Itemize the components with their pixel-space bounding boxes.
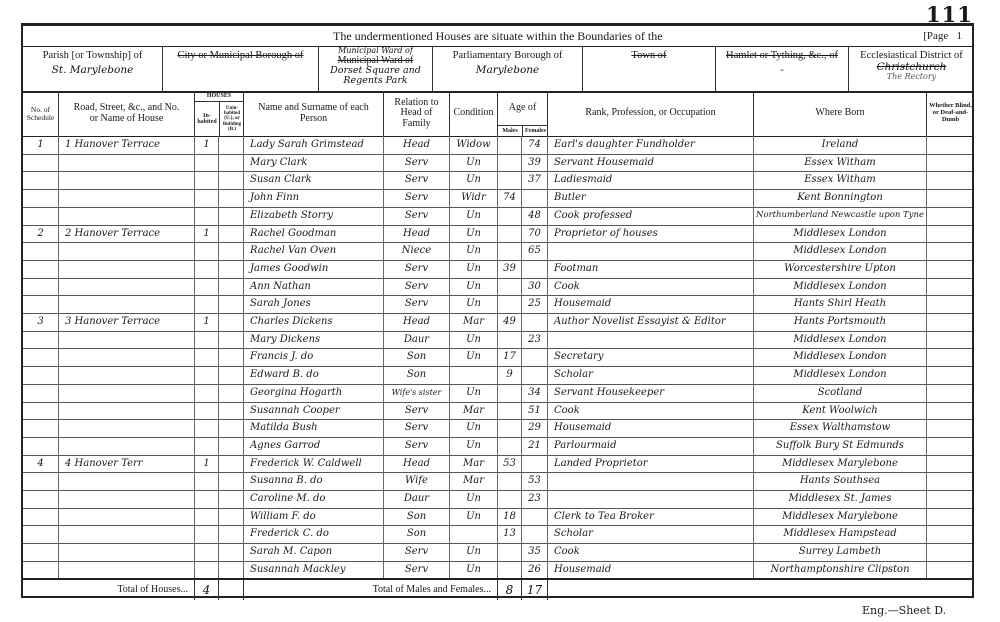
cell-condition: Mar: [450, 402, 498, 420]
table-row: Francis J. doSonUn17SecretaryMiddlesex L…: [23, 348, 972, 367]
cell-schedule: [23, 561, 59, 579]
cell-male-age: [498, 242, 522, 260]
cell-relation: Daur: [384, 331, 450, 349]
cell-inhabited: [195, 207, 219, 225]
cell-female-age: 29: [522, 419, 548, 437]
cell-blind-deaf: [927, 508, 974, 526]
cell-where-born: Northumberland Newcastle upon Tyne: [754, 207, 927, 225]
cell-road: 2 Hanover Terrace: [59, 225, 195, 243]
cell-schedule: [23, 171, 59, 189]
cell-road: [59, 278, 195, 296]
cell-inhabited: [195, 260, 219, 278]
cell-inhabited: [195, 242, 219, 260]
cell-where-born: Suffolk Bury St Edmunds: [754, 437, 927, 455]
cell-condition: Mar: [450, 472, 498, 490]
cell-uninhabited: [219, 313, 244, 331]
total-houses-value: 4: [195, 580, 219, 600]
cell-female-age: 25: [522, 295, 548, 313]
cell-condition: Un: [450, 348, 498, 366]
cell-male-age: [498, 384, 522, 402]
location-borough: City or Municipal Borough of: [163, 46, 319, 91]
cell-relation: Son: [384, 525, 450, 543]
cell-female-age: [522, 260, 548, 278]
cell-uninhabited: [219, 348, 244, 366]
cell-road: [59, 366, 195, 384]
cell-condition: Un: [450, 207, 498, 225]
cell-schedule: [23, 419, 59, 437]
cell-name: Susanna B. do: [244, 472, 384, 490]
cell-relation: Wife's sister: [384, 384, 450, 402]
cell-inhabited: [195, 525, 219, 543]
cell-condition: Un: [450, 490, 498, 508]
cell-name: Georgina Hogarth: [244, 384, 384, 402]
cell-schedule: [23, 525, 59, 543]
cell-male-age: [498, 472, 522, 490]
cell-name: Sarah M. Capon: [244, 543, 384, 561]
cell-male-age: [498, 171, 522, 189]
location-parliamentary-borough: Parliamentary Borough of Marylebone: [433, 46, 583, 91]
cell-female-age: 39: [522, 154, 548, 172]
sheet-title-row: The undermentioned Houses are situate wi…: [23, 26, 972, 47]
cell-road: [59, 525, 195, 543]
location-parish: Parish [or Township] of St. Marylebone: [23, 46, 163, 91]
cell-relation: Serv: [384, 260, 450, 278]
table-row: 44 Hanover Terr1Frederick W. CaldwellHea…: [23, 455, 972, 474]
cell-male-age: [498, 490, 522, 508]
cell-inhabited: 1: [195, 225, 219, 243]
cell-inhabited: [195, 472, 219, 490]
cell-where-born: Middlesex London: [754, 331, 927, 349]
cell-schedule: [23, 260, 59, 278]
table-row: Susannah CooperServMar51CookKent Woolwic…: [23, 402, 972, 421]
cell-male-age: 9: [498, 366, 522, 384]
sheet-footer-mark: Eng.—Sheet D.: [862, 604, 946, 617]
cell-relation: Son: [384, 366, 450, 384]
cell-schedule: 3: [23, 313, 59, 331]
cell-schedule: [23, 490, 59, 508]
cell-female-age: 21: [522, 437, 548, 455]
cell-relation: Serv: [384, 437, 450, 455]
table-row: Elizabeth StorryServUn48Cook professedNo…: [23, 207, 972, 226]
cell-inhabited: [195, 384, 219, 402]
cell-condition: Un: [450, 171, 498, 189]
cell-relation: Serv: [384, 278, 450, 296]
total-persons-label: Total of Males and Females...: [244, 580, 498, 600]
cell-blind-deaf: [927, 154, 974, 172]
cell-uninhabited: [219, 490, 244, 508]
cell-where-born: Middlesex Marylebone: [754, 508, 927, 526]
cell-occupation: Footman: [548, 260, 754, 278]
cell-where-born: Essex Witham: [754, 171, 927, 189]
cell-condition: Un: [450, 260, 498, 278]
cell-name: Lady Sarah Grimstead: [244, 136, 384, 154]
cell-relation: Head: [384, 455, 450, 473]
cell-occupation: Proprietor of houses: [548, 225, 754, 243]
col-uninhabited: Unin-habited (U.), or Building (B.): [220, 102, 244, 136]
cell-occupation: Scholar: [548, 525, 754, 543]
cell-inhabited: [195, 154, 219, 172]
cell-blind-deaf: [927, 437, 974, 455]
cell-condition: Un: [450, 331, 498, 349]
cell-schedule: [23, 366, 59, 384]
cell-uninhabited: [219, 278, 244, 296]
cell-uninhabited: [219, 543, 244, 561]
cell-road: [59, 295, 195, 313]
cell-uninhabited: [219, 260, 244, 278]
cell-name: Elizabeth Storry: [244, 207, 384, 225]
cell-schedule: [23, 543, 59, 561]
cell-relation: Daur: [384, 490, 450, 508]
cell-inhabited: [195, 189, 219, 207]
cell-condition: Un: [450, 543, 498, 561]
column-header-row: No. of Schedule Road, Street, &c., and N…: [23, 91, 972, 137]
cell-occupation: Servant Housemaid: [548, 154, 754, 172]
cell-uninhabited: [219, 295, 244, 313]
cell-uninhabited: [219, 508, 244, 526]
col-condition: Condition: [450, 91, 498, 136]
cell-name: Frederick W. Caldwell: [244, 455, 384, 473]
cell-uninhabited: [219, 189, 244, 207]
cell-uninhabited: [219, 171, 244, 189]
cell-road: [59, 171, 195, 189]
cell-occupation: [548, 331, 754, 349]
total-houses-label: Total of Houses...: [23, 580, 195, 600]
cell-blind-deaf: [927, 313, 974, 331]
cell-where-born: Middlesex London: [754, 348, 927, 366]
cell-schedule: [23, 402, 59, 420]
cell-inhabited: [195, 508, 219, 526]
location-town: Town of: [583, 46, 716, 91]
cell-relation: Son: [384, 348, 450, 366]
cell-condition: Un: [450, 561, 498, 579]
cell-schedule: [23, 384, 59, 402]
cell-condition: Un: [450, 508, 498, 526]
cell-female-age: 51: [522, 402, 548, 420]
table-row: Susannah MackleyServUn26HousemaidNortham…: [23, 561, 972, 580]
cell-condition: Un: [450, 419, 498, 437]
cell-name: Matilda Bush: [244, 419, 384, 437]
cell-uninhabited: [219, 225, 244, 243]
cell-blind-deaf: [927, 242, 974, 260]
cell-road: [59, 472, 195, 490]
cell-female-age: 65: [522, 242, 548, 260]
sheet-title: The undermentioned Houses are situate wi…: [333, 29, 663, 44]
table-row: Matilda BushServUn29HousemaidEssex Walth…: [23, 419, 972, 438]
cell-blind-deaf: [927, 490, 974, 508]
cell-uninhabited: [219, 154, 244, 172]
cell-blind-deaf: [927, 171, 974, 189]
cell-relation: Serv: [384, 419, 450, 437]
cell-condition: Un: [450, 225, 498, 243]
cell-name: Rachel Goodman: [244, 225, 384, 243]
cell-road: [59, 419, 195, 437]
cell-female-age: 70: [522, 225, 548, 243]
location-row: Parish [or Township] of St. Marylebone C…: [23, 46, 972, 93]
cell-where-born: Middlesex London: [754, 225, 927, 243]
cell-uninhabited: [219, 136, 244, 154]
cell-occupation: Butler: [548, 189, 754, 207]
cell-name: James Goodwin: [244, 260, 384, 278]
cell-inhabited: [195, 402, 219, 420]
cell-male-age: 39: [498, 260, 522, 278]
location-ecclesiastical-district: Ecclesiastical District of Christchurch …: [849, 46, 974, 91]
cell-male-age: 49: [498, 313, 522, 331]
cell-name: Mary Clark: [244, 154, 384, 172]
cell-male-age: [498, 278, 522, 296]
cell-occupation: Servant Housekeeper: [548, 384, 754, 402]
cell-female-age: 53: [522, 472, 548, 490]
cell-schedule: 4: [23, 455, 59, 473]
location-ward: Municipal Ward of Municipal Ward of Dors…: [319, 46, 433, 91]
cell-male-age: [498, 295, 522, 313]
cell-road: [59, 561, 195, 579]
cell-female-age: 74: [522, 136, 548, 154]
cell-condition: Un: [450, 242, 498, 260]
cell-name: Susan Clark: [244, 171, 384, 189]
cell-uninhabited: [219, 402, 244, 420]
cell-where-born: Middlesex London: [754, 366, 927, 384]
cell-name: Susannah Cooper: [244, 402, 384, 420]
cell-condition: Un: [450, 295, 498, 313]
cell-where-born: Kent Bonnington: [754, 189, 927, 207]
cell-road: [59, 384, 195, 402]
location-hamlet: Hamlet or Tything, &c., of -: [716, 46, 849, 91]
cell-where-born: Worcestershire Upton: [754, 260, 927, 278]
cell-where-born: Essex Walthamstow: [754, 419, 927, 437]
cell-uninhabited: [219, 242, 244, 260]
cell-relation: Serv: [384, 561, 450, 579]
cell-name: Edward B. do: [244, 366, 384, 384]
cell-blind-deaf: [927, 455, 974, 473]
cell-occupation: Parlourmaid: [548, 437, 754, 455]
cell-where-born: Hants Shirl Heath: [754, 295, 927, 313]
cell-inhabited: 1: [195, 313, 219, 331]
cell-inhabited: [195, 171, 219, 189]
cell-relation: Serv: [384, 154, 450, 172]
cell-condition: Un: [450, 278, 498, 296]
col-males: Males: [498, 126, 523, 136]
cell-uninhabited: [219, 384, 244, 402]
cell-inhabited: [195, 348, 219, 366]
cell-female-age: 23: [522, 490, 548, 508]
cell-male-age: [498, 154, 522, 172]
cell-occupation: Landed Proprietor: [548, 455, 754, 473]
cell-schedule: [23, 278, 59, 296]
cell-schedule: [23, 189, 59, 207]
cell-female-age: 26: [522, 561, 548, 579]
cell-relation: Serv: [384, 207, 450, 225]
cell-road: 1 Hanover Terrace: [59, 136, 195, 154]
table-row: Sarah JonesServUn25HousemaidHants Shirl …: [23, 295, 972, 314]
cell-occupation: Cook: [548, 278, 754, 296]
col-name: Name and Surname of each Person: [244, 91, 384, 136]
cell-schedule: [23, 508, 59, 526]
total-females-value: 17: [522, 580, 548, 600]
table-row: Edward B. doSon9ScholarMiddlesex London: [23, 366, 972, 385]
cell-uninhabited: [219, 331, 244, 349]
cell-where-born: Ireland: [754, 136, 927, 154]
cell-uninhabited: [219, 525, 244, 543]
cell-male-age: 13: [498, 525, 522, 543]
cell-blind-deaf: [927, 543, 974, 561]
cell-female-age: [522, 313, 548, 331]
cell-condition: [450, 366, 498, 384]
cell-where-born: Scotland: [754, 384, 927, 402]
cell-occupation: [548, 490, 754, 508]
cell-relation: Head: [384, 225, 450, 243]
cell-occupation: Clerk to Tea Broker: [548, 508, 754, 526]
cell-schedule: [23, 348, 59, 366]
cell-road: [59, 543, 195, 561]
col-relation: Relation to Head of Family: [384, 91, 450, 136]
cell-relation: Serv: [384, 295, 450, 313]
cell-female-age: [522, 525, 548, 543]
table-row: Susan ClarkServUn37LadiesmaidEssex Witha…: [23, 171, 972, 190]
cell-schedule: [23, 154, 59, 172]
cell-name: Agnes Garrod: [244, 437, 384, 455]
cell-relation: Son: [384, 508, 450, 526]
cell-road: [59, 331, 195, 349]
cell-where-born: Essex Witham: [754, 154, 927, 172]
cell-occupation: Cook professed: [548, 207, 754, 225]
table-row: William F. doSonUn18Clerk to Tea BrokerM…: [23, 508, 972, 527]
cell-relation: Head: [384, 136, 450, 154]
cell-where-born: Middlesex London: [754, 242, 927, 260]
cell-inhabited: [195, 278, 219, 296]
col-where-born: Where Born: [754, 91, 927, 136]
cell-road: [59, 242, 195, 260]
cell-condition: Un: [450, 437, 498, 455]
cell-male-age: [498, 402, 522, 420]
cell-male-age: [498, 419, 522, 437]
cell-uninhabited: [219, 472, 244, 490]
cell-inhabited: [195, 490, 219, 508]
cell-relation: Serv: [384, 171, 450, 189]
cell-blind-deaf: [927, 136, 974, 154]
cell-inhabited: [195, 561, 219, 579]
cell-schedule: [23, 242, 59, 260]
cell-female-age: 37: [522, 171, 548, 189]
cell-road: [59, 207, 195, 225]
cell-occupation: Cook: [548, 402, 754, 420]
cell-male-age: 74: [498, 189, 522, 207]
cell-road: [59, 508, 195, 526]
table-row: Sarah M. CaponServUn35CookSurrey Lambeth: [23, 543, 972, 562]
cell-female-age: 23: [522, 331, 548, 349]
cell-occupation: Secretary: [548, 348, 754, 366]
cell-male-age: [498, 207, 522, 225]
cell-schedule: [23, 207, 59, 225]
cell-inhabited: [195, 419, 219, 437]
cell-schedule: [23, 437, 59, 455]
col-inhabited: In-habited: [195, 102, 220, 136]
cell-name: Ann Nathan: [244, 278, 384, 296]
cell-where-born: Northamptonshire Clipston: [754, 561, 927, 579]
cell-schedule: [23, 472, 59, 490]
cell-male-age: 18: [498, 508, 522, 526]
table-row: Mary ClarkServUn39Servant HousemaidEssex…: [23, 154, 972, 173]
cell-female-age: [522, 366, 548, 384]
cell-female-age: [522, 455, 548, 473]
cell-male-age: [498, 136, 522, 154]
cell-blind-deaf: [927, 561, 974, 579]
col-schedule: No. of Schedule: [23, 91, 59, 136]
cell-road: [59, 154, 195, 172]
cell-occupation: Ladiesmaid: [548, 171, 754, 189]
cell-inhabited: [195, 331, 219, 349]
col-age: Age of Males Females: [498, 91, 548, 136]
cell-where-born: Surrey Lambeth: [754, 543, 927, 561]
cell-condition: Widow: [450, 136, 498, 154]
cell-name: Caroline M. do: [244, 490, 384, 508]
cell-relation: Serv: [384, 402, 450, 420]
cell-blind-deaf: [927, 331, 974, 349]
cell-road: [59, 189, 195, 207]
cell-occupation: Earl's daughter Fundholder: [548, 136, 754, 154]
cell-road: [59, 260, 195, 278]
table-row: Caroline M. doDaurUn23Middlesex St. Jame…: [23, 490, 972, 509]
cell-condition: Mar: [450, 455, 498, 473]
table-row: Frederick C. doSon13ScholarMiddlesex Ham…: [23, 525, 972, 544]
cell-road: 3 Hanover Terrace: [59, 313, 195, 331]
cell-where-born: Hants Portsmouth: [754, 313, 927, 331]
table-row: James GoodwinServUn39FootmanWorcestershi…: [23, 260, 972, 279]
table-row: Ann NathanServUn30CookMiddlesex London: [23, 278, 972, 297]
cell-occupation: Housemaid: [548, 419, 754, 437]
cell-blind-deaf: [927, 402, 974, 420]
col-houses: HOUSES In-habited Unin-habited (U.), or …: [195, 91, 244, 136]
cell-uninhabited: [219, 455, 244, 473]
cell-inhabited: [195, 543, 219, 561]
cell-name: Sarah Jones: [244, 295, 384, 313]
cell-blind-deaf: [927, 525, 974, 543]
cell-where-born: Middlesex Marylebone: [754, 455, 927, 473]
cell-name: William F. do: [244, 508, 384, 526]
cell-schedule: 1: [23, 136, 59, 154]
cell-relation: Wife: [384, 472, 450, 490]
cell-road: [59, 348, 195, 366]
cell-where-born: Middlesex London: [754, 278, 927, 296]
table-row: John FinnServWidr74ButlerKent Bonnington: [23, 189, 972, 208]
cell-inhabited: 1: [195, 455, 219, 473]
cell-male-age: [498, 225, 522, 243]
page-label: [Page 1: [923, 30, 962, 42]
cell-blind-deaf: [927, 207, 974, 225]
cell-name: Francis J. do: [244, 348, 384, 366]
cell-female-age: [522, 348, 548, 366]
cell-uninhabited: [219, 419, 244, 437]
cell-name: Susannah Mackley: [244, 561, 384, 579]
cell-male-age: 17: [498, 348, 522, 366]
total-males-value: 8: [498, 580, 522, 600]
col-road: Road, Street, &c., and No. or Name of Ho…: [59, 91, 195, 136]
cell-road: [59, 437, 195, 455]
cell-inhabited: [195, 366, 219, 384]
cell-male-age: [498, 437, 522, 455]
cell-blind-deaf: [927, 472, 974, 490]
cell-road: [59, 402, 195, 420]
cell-name: Frederick C. do: [244, 525, 384, 543]
cell-blind-deaf: [927, 384, 974, 402]
cell-road: [59, 490, 195, 508]
cell-inhabited: [195, 295, 219, 313]
cell-occupation: Author Novelist Essayist & Editor: [548, 313, 754, 331]
cell-blind-deaf: [927, 260, 974, 278]
cell-uninhabited: [219, 366, 244, 384]
cell-female-age: 30: [522, 278, 548, 296]
cell-relation: Head: [384, 313, 450, 331]
cell-condition: Mar: [450, 313, 498, 331]
